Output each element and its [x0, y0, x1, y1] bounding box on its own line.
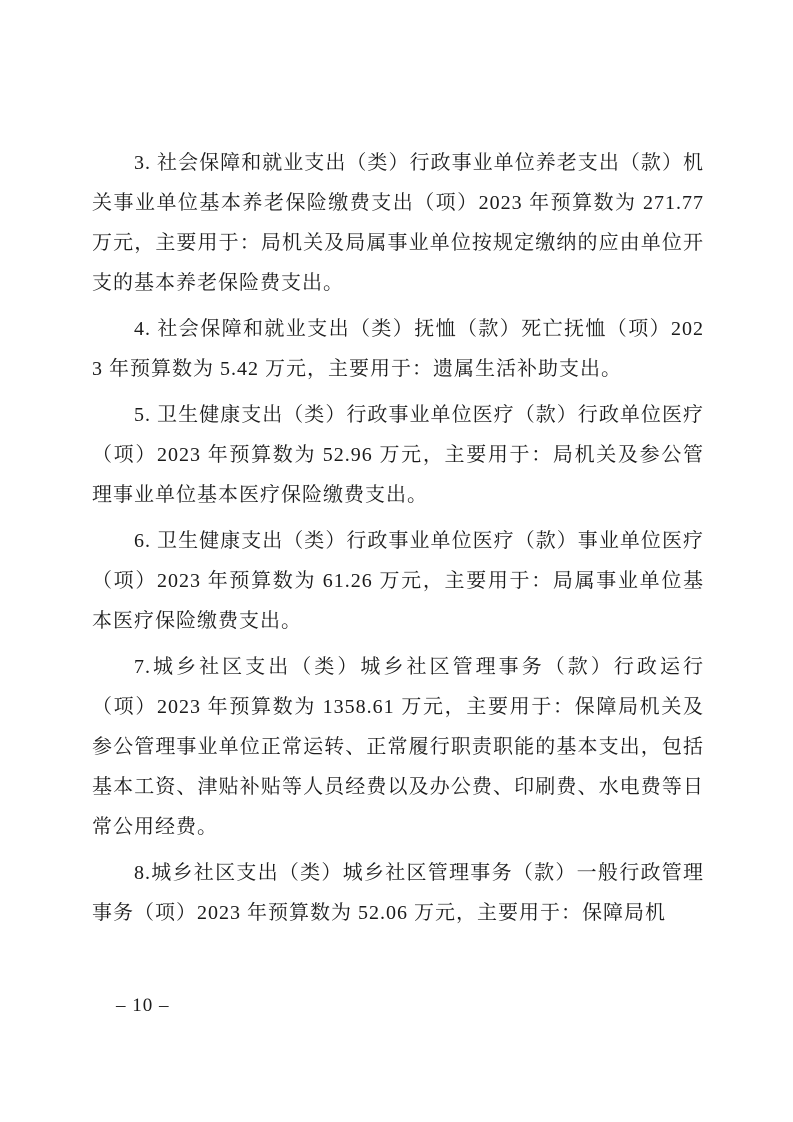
page-number: – 10 –	[116, 995, 170, 1017]
budget-paragraph-3: 3. 社会保障和就业支出（类）行政事业单位养老支出（款）机关事业单位基本养老保险…	[92, 143, 704, 303]
budget-paragraph-5: 5. 卫生健康支出（类）行政事业单位医疗（款）行政单位医疗（项）2023 年预算…	[92, 395, 704, 515]
budget-paragraph-4: 4. 社会保障和就业支出（类）抚恤（款）死亡抚恤（项）2023 年预算数为 5.…	[92, 309, 704, 389]
budget-paragraph-7: 7.城乡社区支出（类）城乡社区管理事务（款）行政运行（项）2023 年预算数为 …	[92, 647, 704, 847]
budget-paragraph-8: 8.城乡社区支出（类）城乡社区管理事务（款）一般行政管理事务（项）2023 年预…	[92, 853, 704, 933]
document-body: 3. 社会保障和就业支出（类）行政事业单位养老支出（款）机关事业单位基本养老保险…	[92, 143, 704, 939]
budget-paragraph-6: 6. 卫生健康支出（类）行政事业单位医疗（款）事业单位医疗（项）2023 年预算…	[92, 521, 704, 641]
document-page: 3. 社会保障和就业支出（类）行政事业单位养老支出（款）机关事业单位基本养老保险…	[0, 0, 793, 1122]
